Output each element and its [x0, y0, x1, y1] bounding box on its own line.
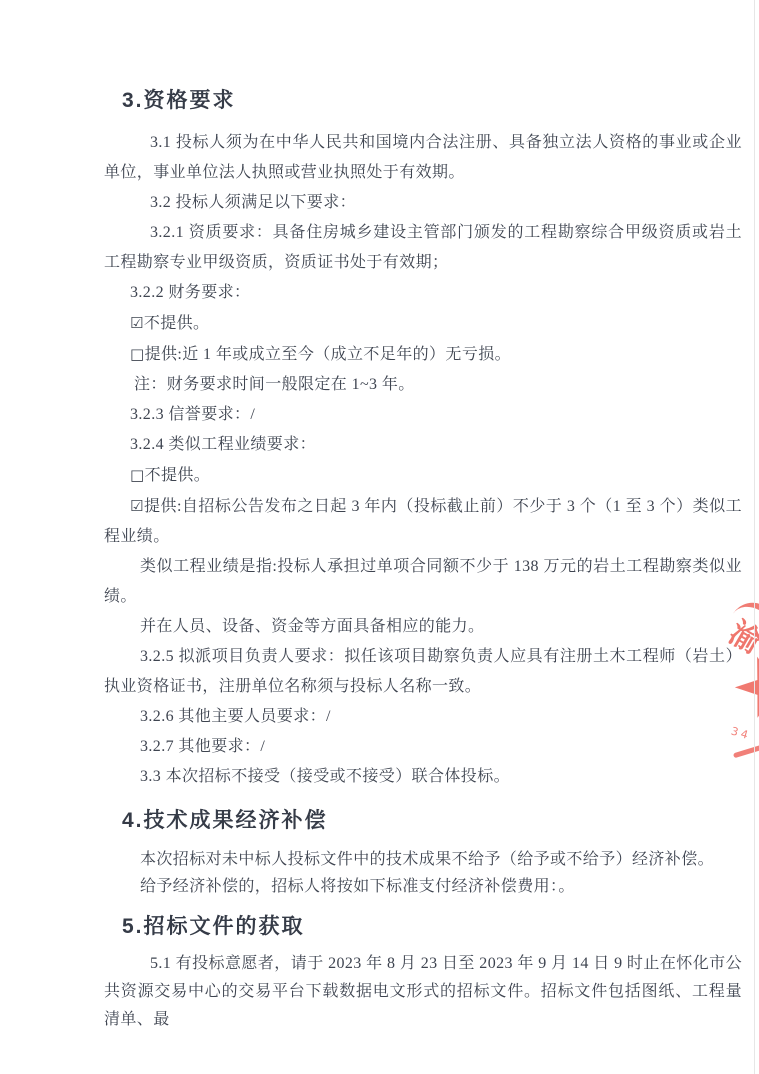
checkbox-item-provide-financial: □提供:近 1 年或成立至今（成立不足年的）无亏损。 [104, 339, 742, 370]
checkbox-unchecked-icon: □ [130, 466, 145, 484]
section-5-heading: 5.招标文件的获取 [122, 914, 742, 940]
para-3-2-4: 3.2.4 类似工程业绩要求： [104, 430, 742, 460]
scan-edge-line [754, 0, 755, 1074]
checkbox-label: 不提供。 [144, 315, 210, 332]
para-3-1: 3.1 投标人须为在中华人民共和国境内合法注册、具备独立法人资格的事业或企业单位… [104, 128, 742, 188]
para-3-2-1: 3.2.1 资质要求：具备住房城乡建设主管部门颁发的工程勘察综合甲级资质或岩土工… [104, 218, 742, 278]
note-financial-period: 注：财务要求时间一般限定在 1~3 年。 [104, 370, 742, 400]
para-3-2-6: 3.2.6 其他主要人员要求：/ [104, 702, 742, 732]
para-3-2-5: 3.2.5 拟派项目负责人要求：拟任该项目勘察负责人应具有注册土木工程师（岩土）… [104, 642, 742, 702]
para-3-3: 3.3 本次招标不接受（接受或不接受）联合体投标。 [104, 762, 742, 792]
document-content: 3.资格要求 3.1 投标人须为在中华人民共和国境内合法注册、具备独立法人资格的… [104, 88, 742, 1034]
checkbox-checked-icon: ☑ [130, 497, 144, 515]
section-4-heading: 4.技术成果经济补偿 [122, 808, 742, 834]
checkbox-label: 不提供。 [145, 467, 211, 484]
para-3-2-2: 3.2.2 财务要求： [104, 278, 742, 308]
para-capability: 并在人员、设备、资金等方面具备相应的能力。 [104, 612, 742, 642]
official-seal-stamp [679, 560, 759, 790]
checkbox-unchecked-icon: □ [130, 345, 145, 363]
checkbox-label: 提供:近 1 年或成立至今（成立不足年的）无亏损。 [145, 346, 511, 363]
para-3-2-3: 3.2.3 信誉要求：/ [104, 400, 742, 430]
para-4-compensation-1: 本次招标对未中标人投标文件中的技术成果不给予（给予或不给予）经济补偿。 [104, 846, 742, 873]
para-similar-performance-definition: 类似工程业绩是指:投标人承担过单项合同额不少于 138 万元的岩土工程勘察类似业… [104, 552, 742, 612]
para-3-2-7: 3.2.7 其他要求：/ [104, 732, 742, 762]
scanned-document-page: 3.资格要求 3.1 投标人须为在中华人民共和国境内合法注册、具备独立法人资格的… [0, 0, 759, 1074]
para-3-2: 3.2 投标人须满足以下要求： [104, 188, 742, 218]
para-5-1: 5.1 有投标意愿者，请于 2023 年 8 月 23 日至 2023 年 9 … [104, 950, 742, 1034]
section-3-heading: 3.资格要求 [122, 88, 742, 114]
para-4-compensation-2: 给予经济补偿的，招标人将按如下标准支付经济补偿费用：。 [104, 873, 742, 900]
checkbox-item-provide-performance: ☑提供:自招标公告发布之日起 3 年内（投标截止前）不少于 3 个（1 至 3 … [104, 491, 742, 552]
checkbox-label: 提供:自招标公告发布之日起 3 年内（投标截止前）不少于 3 个（1 至 3 个… [104, 498, 742, 545]
checkbox-item-no-provide-financial: ☑不提供。 [104, 308, 742, 339]
checkbox-item-no-provide-performance: □不提供。 [104, 460, 742, 491]
checkbox-checked-icon: ☑ [130, 314, 144, 332]
